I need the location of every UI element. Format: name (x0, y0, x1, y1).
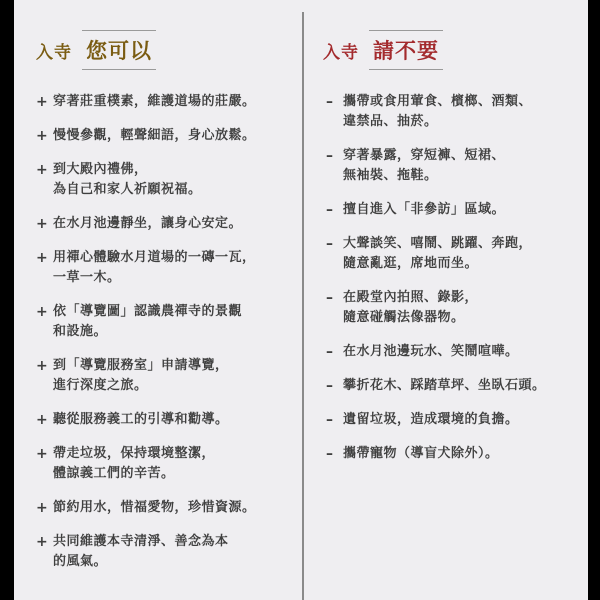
plus-icon: + (36, 214, 53, 234)
do-heading: 入寺 您可以 (36, 30, 156, 70)
minus-icon: – (326, 146, 343, 186)
do-list-item: +到「導覽服務室」申請導覽， 進行深度之旅。 (36, 356, 298, 396)
dont-list-item: –攜帶寵物（導盲犬除外）。 (326, 444, 588, 464)
do-list-item: +到大殿內禮佛， 為自己和家人祈願祝福。 (36, 160, 298, 200)
do-list-item: +聽從服務義工的引導和勸導。 (36, 410, 298, 430)
do-list-item: +節約用水，惜福愛物，珍惜資源。 (36, 498, 298, 518)
dont-list-item: –攜帶或食用葷食、檳榔、酒類、 違禁品、抽菸。 (326, 92, 588, 132)
dont-list-item: –穿著暴露，穿短褲、短裙、 無袖裝、拖鞋。 (326, 146, 588, 186)
plus-icon: + (36, 356, 53, 396)
plus-icon: + (36, 126, 53, 146)
dont-list-item: –在殿堂內拍照、錄影， 隨意碰觸法像器物。 (326, 288, 588, 328)
do-heading-title: 您可以 (82, 30, 156, 70)
plus-icon: + (36, 444, 53, 484)
column-divider (302, 12, 304, 600)
do-list-item: +共同維護本寺清淨、善念為本 的風氣。 (36, 532, 298, 572)
minus-icon: – (326, 410, 343, 430)
dont-list-item: –擅自進入「非參訪」區域。 (326, 200, 588, 220)
plus-icon: + (36, 410, 53, 430)
dont-list-item: –大聲談笑、嘻鬧、跳躍、奔跑， 隨意亂逛，席地而坐。 (326, 234, 588, 274)
do-heading-prefix: 入寺 (36, 38, 72, 63)
plus-icon: + (36, 498, 53, 518)
dont-heading: 入寺 請不要 (323, 30, 443, 70)
dont-list-item: –攀折花木、踩踏草坪、坐臥石頭。 (326, 376, 588, 396)
minus-icon: – (326, 200, 343, 220)
minus-icon: – (326, 376, 343, 396)
dont-list: –攜帶或食用葷食、檳榔、酒類、 違禁品、抽菸。 –穿著暴露，穿短褲、短裙、 無袖… (326, 92, 588, 478)
plus-icon: + (36, 248, 53, 288)
do-list-item: +用禪心體驗水月道場的一磚一瓦， 一草一木。 (36, 248, 298, 288)
minus-icon: – (326, 92, 343, 132)
minus-icon: – (326, 288, 343, 328)
plus-icon: + (36, 160, 53, 200)
plus-icon: + (36, 92, 53, 112)
etiquette-panel: 入寺 您可以 +穿著莊重樸素，維護道場的莊嚴。 +慢慢參觀，輕聲細語，身心放鬆。… (14, 0, 588, 600)
dont-heading-title: 請不要 (369, 30, 443, 70)
do-list: +穿著莊重樸素，維護道場的莊嚴。 +慢慢參觀，輕聲細語，身心放鬆。 +到大殿內禮… (36, 92, 298, 586)
do-list-item: +依「導覽圖」認識農禪寺的景觀 和設施。 (36, 302, 298, 342)
plus-icon: + (36, 532, 53, 572)
minus-icon: – (326, 234, 343, 274)
plus-icon: + (36, 302, 53, 342)
minus-icon: – (326, 444, 343, 464)
do-list-item: +在水月池邊靜坐，讓身心安定。 (36, 214, 298, 234)
dont-list-item: –遺留垃圾，造成環境的負擔。 (326, 410, 588, 430)
dont-heading-prefix: 入寺 (323, 38, 359, 63)
minus-icon: – (326, 342, 343, 362)
do-list-item: +穿著莊重樸素，維護道場的莊嚴。 (36, 92, 298, 112)
do-list-item: +慢慢參觀，輕聲細語，身心放鬆。 (36, 126, 298, 146)
dont-list-item: –在水月池邊玩水、笑鬧喧嘩。 (326, 342, 588, 362)
do-list-item: +帶走垃圾，保持環境整潔， 體諒義工們的辛苦。 (36, 444, 298, 484)
